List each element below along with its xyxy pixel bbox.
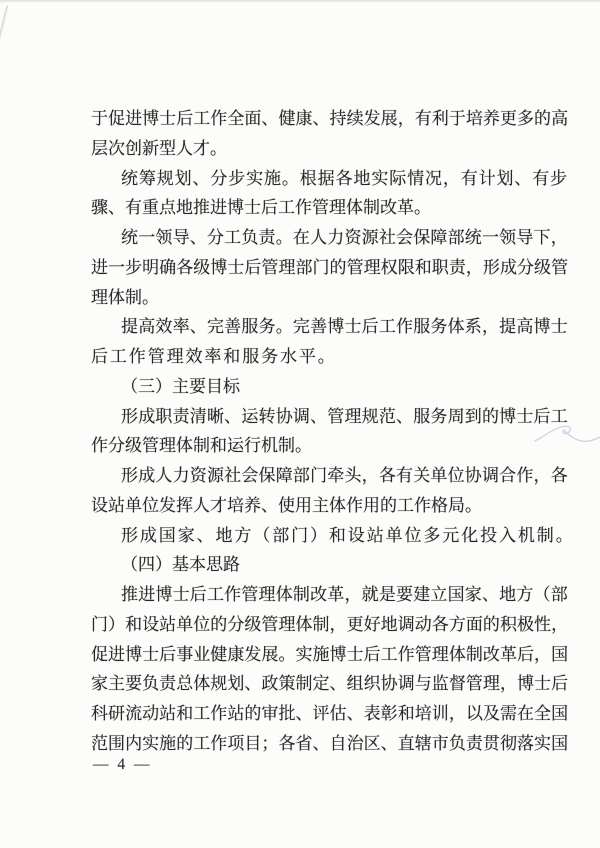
text-line-20: 家主要负责总体规划、政策制定、组织协调与监督管理，博士后 <box>91 669 568 699</box>
text-line-1: 于促进博士后工作全面、健康、持续发展，有利于培养更多的高 <box>91 104 568 134</box>
text-line-3: 统筹规划、分步实施。根据各地实际情况，有计划、有步 <box>91 164 568 194</box>
text-line-15: 形成国家、地方（部门）和设站单位多元化投入机制。 <box>91 521 568 551</box>
scan-corner-mark <box>0 5 8 40</box>
text-line-4: 骤、有重点地推进博士后工作管理体制改革。 <box>91 193 568 223</box>
text-line-13: 形成人力资源社会保障部门牵头，各有关单位协调合作，各 <box>91 461 568 491</box>
text-line-10: （三）主要目标 <box>91 372 568 402</box>
text-line-14: 设站单位发挥人才培养、使用主体作用的工作格局。 <box>91 491 568 521</box>
text-line-9: 后工作管理效率和服务水平。 <box>91 342 568 372</box>
text-line-6: 进一步明确各级博士后管理部门的管理权限和职责，形成分级管 <box>91 253 568 283</box>
text-line-7: 理体制。 <box>91 283 568 313</box>
text-line-17: 推进博士后工作管理体制改革，就是要建立国家、地方（部 <box>91 580 568 610</box>
text-line-16: （四）基本思路 <box>91 550 568 580</box>
text-line-19: 促进博士后事业健康发展。实施博士后工作管理体制改革后，国 <box>91 640 568 670</box>
text-line-22: 范围内实施的工作项目；各省、自治区、直辖市负责贯彻落实国 <box>91 729 568 759</box>
document-body: 于促进博士后工作全面、健康、持续发展，有利于培养更多的高层次创新型人才。统筹规划… <box>91 104 568 759</box>
text-line-11: 形成职责清晰、运转协调、管理规范、服务周到的博士后工 <box>91 402 568 432</box>
text-line-12: 作分级管理体制和运行机制。 <box>91 431 568 461</box>
text-line-21: 科研流动站和工作站的审批、评估、表彰和培训，以及需在全国 <box>91 699 568 729</box>
scanned-document-page: 于促进博士后工作全面、健康、持续发展，有利于培养更多的高层次创新型人才。统筹规划… <box>0 0 600 848</box>
page-number: — 4 — <box>93 753 152 777</box>
text-line-8: 提高效率、完善服务。完善博士后工作服务体系，提高博士 <box>91 312 568 342</box>
text-line-2: 层次创新型人才。 <box>91 134 568 164</box>
scan-edge-shadow <box>0 0 600 3</box>
text-line-5: 统一领导、分工负责。在人力资源社会保障部统一领导下， <box>91 223 568 253</box>
text-line-18: 门）和设站单位的分级管理体制，更好地调动各方面的积极性， <box>91 610 568 640</box>
